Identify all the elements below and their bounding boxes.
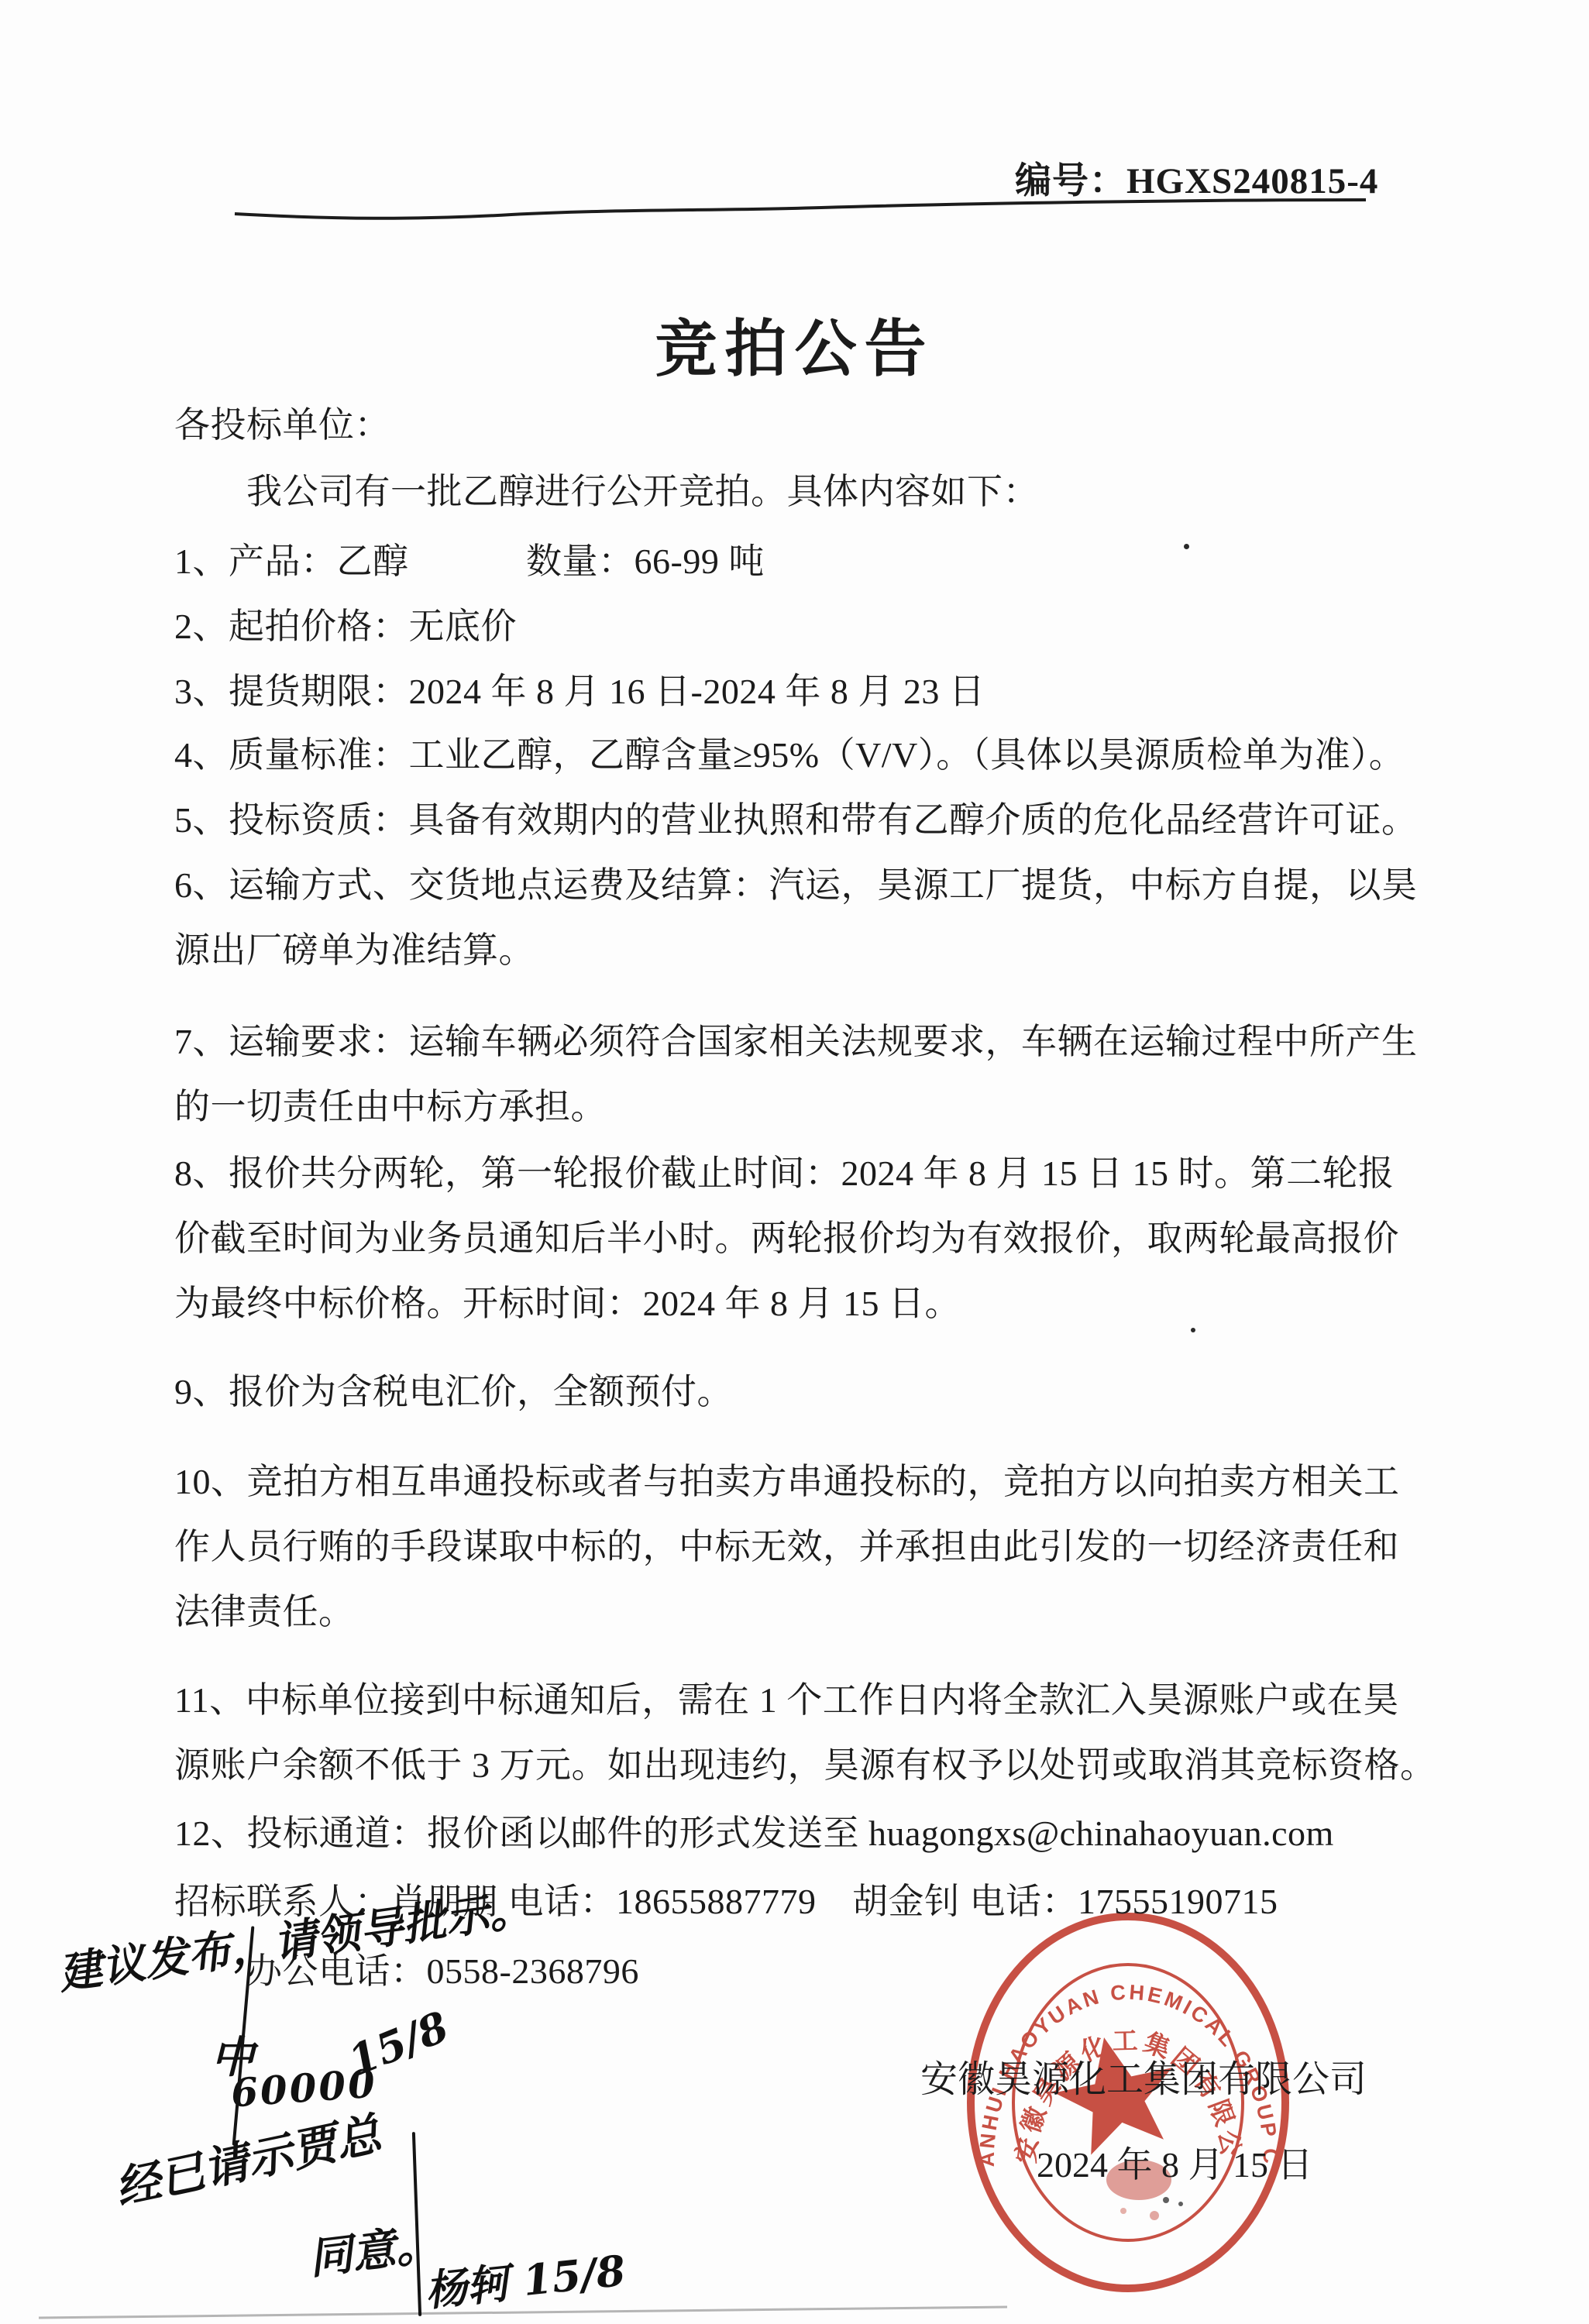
scanned-auction-announcement-page: 编号：HGXS240815-4 竞拍公告 各投标单位： 我公司有一批乙醇进行公开… bbox=[0, 0, 1589, 2324]
body-line-item6b: 源出厂磅单为准结算。 bbox=[174, 922, 535, 973]
body-line-item8b: 价截至时间为业务员通知后半小时。两轮报价均为有效报价，取两轮最高报价 bbox=[174, 1210, 1399, 1261]
body-line-item7a: 7、运输要求：运输车辆必须符合国家相关法规要求，车辆在运输过程中所产生 bbox=[174, 1013, 1418, 1064]
body-line-item1: 1、产品：乙醇 数量：66-99 吨 bbox=[174, 533, 765, 584]
body-line-item7b: 的一切责任由中标方承担。 bbox=[174, 1078, 607, 1129]
signature-company: 安徽昊源化工集团有限公司 bbox=[920, 2049, 1367, 2102]
body-line-item11a: 11、中标单位接到中标通知后，需在 1 个工作日内将全款汇入昊源账户或在昊 bbox=[174, 1672, 1399, 1723]
handwritten-note-consulted: 经已请示贾总 bbox=[108, 2098, 386, 2218]
body-line-item6a: 6、运输方式、交货地点运费及结算：汽运，昊源工厂提货，中标方自提，以昊 bbox=[174, 857, 1418, 908]
body-line-item3: 3、提货期限：2024 年 8 月 16 日-2024 年 8 月 23 日 bbox=[174, 663, 985, 714]
body-line-item9: 9、报价为含税电汇价，全额预付。 bbox=[174, 1363, 733, 1415]
company-seal-stamp: ANHUI HAOYUAN CHEMICAL GROUP CO., LTD. 安… bbox=[959, 1907, 1300, 2302]
body-line-item5: 5、投标资质：具备有效期内的营业执照和带有乙醇介质的危化品经营许可证。 bbox=[174, 792, 1418, 843]
body-line-item8c: 为最终中标价格。开标时间：2024 年 8 月 15 日。 bbox=[174, 1275, 961, 1326]
body-line-intro: 我公司有一批乙醇进行公开竞拍。具体内容如下： bbox=[246, 463, 1039, 514]
page-title: 竞拍公告 bbox=[655, 299, 934, 388]
body-line-item8a: 8、报价共分两轮，第一轮报价截止时间：2024 年 8 月 15 日 15 时。… bbox=[174, 1145, 1395, 1196]
page-bottom-edge bbox=[0, 2293, 1589, 2324]
body-line-item10c: 法律责任。 bbox=[174, 1583, 355, 1635]
handwritten-note-agreed: 同意。 bbox=[305, 2209, 442, 2287]
handwritten-note-date-1: 15/8 bbox=[342, 2002, 456, 2086]
body-line-item11b: 源账户余额不低于 3 万元。如出现违约，昊源有权予以处罚或取消其竞标资格。 bbox=[174, 1737, 1436, 1788]
ink-dot bbox=[1184, 544, 1189, 549]
body-line-item12: 12、投标通道：报价函以邮件的形式发送至 huagongxs@chinahaoy… bbox=[174, 1805, 1334, 1856]
seal-scan-specks bbox=[1163, 2197, 1183, 2206]
signature-date: 2024 年 8 月 15 日 bbox=[1037, 2137, 1313, 2188]
fold-line bbox=[0, 0, 1589, 248]
body-line-item10a: 10、竞拍方相互串通投标或者与拍卖方串通投标的，竞拍方以向拍卖方相关工 bbox=[174, 1453, 1400, 1504]
body-line-item4: 4、质量标准：工业乙醇，乙醇含量≥95%（V/V）。（具体以昊源质检单为准）。 bbox=[174, 727, 1405, 778]
body-line-salutation: 各投标单位： bbox=[174, 397, 390, 448]
body-line-item10b: 作人员行贿的手段谋取中标的，中标无效，并承担由此引发的一切经济责任和 bbox=[174, 1518, 1399, 1569]
ink-dot bbox=[1191, 1328, 1195, 1332]
body-line-item2: 2、起拍价格：无底价 bbox=[174, 598, 517, 649]
